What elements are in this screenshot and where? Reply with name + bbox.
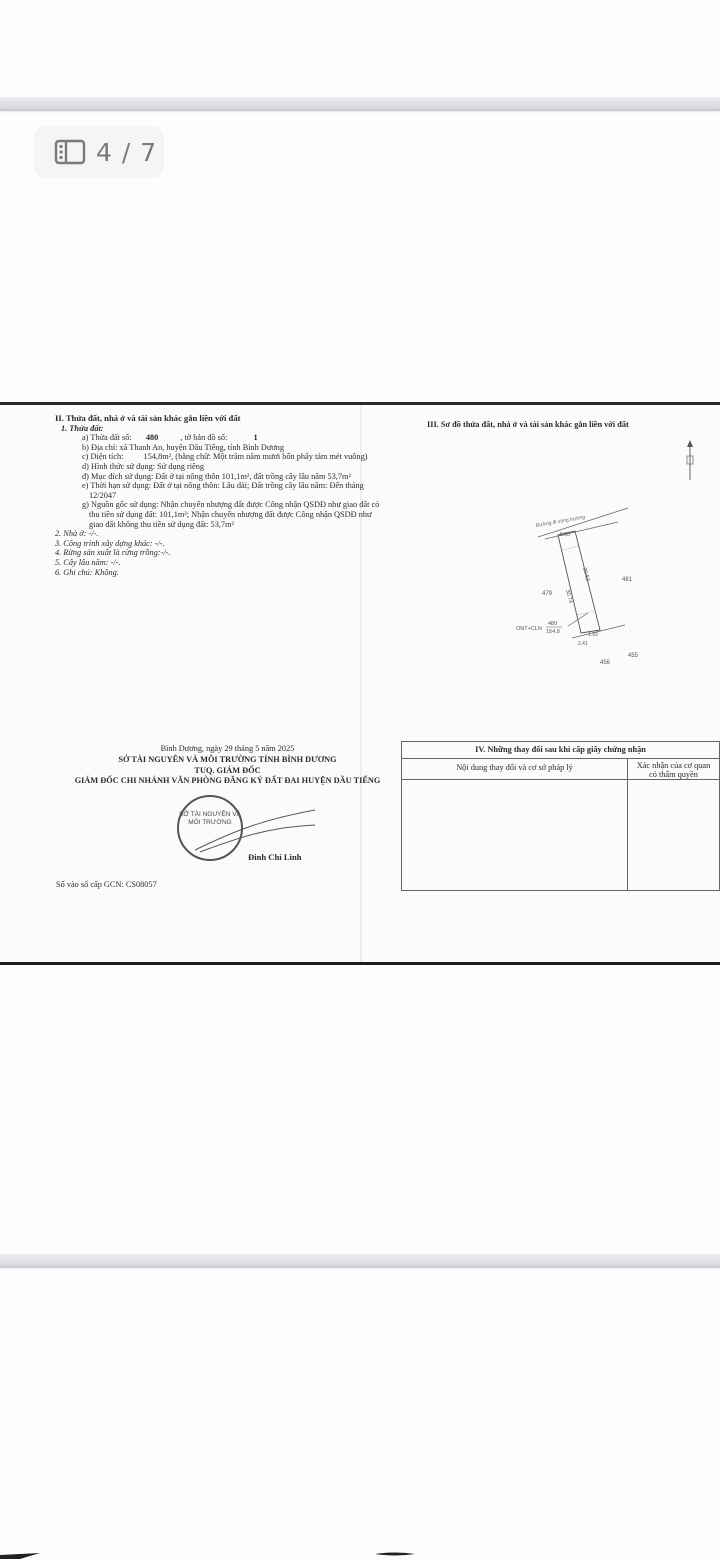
parcel-diagram: Đường đi vòng trường 5.00 30.74 30.52 47…: [480, 490, 720, 690]
svg-text:481: 481: [622, 577, 633, 583]
gcn-register-number: Số vào sổ cấp GCN: CS08057: [56, 880, 157, 889]
svg-text:480: 480: [548, 621, 557, 627]
sidebar-panel-icon: [54, 139, 86, 165]
svg-text:455: 455: [628, 653, 639, 659]
handwritten-signature: [190, 805, 320, 855]
page-divider-top: [0, 97, 720, 111]
perennial-item: 5. Cây lâu năm: -/-.: [55, 558, 395, 568]
issue-date: Bình Dương, ngày 29 tháng 5 năm 2025: [55, 744, 400, 755]
signer-position: GIÁM ĐỐC CHI NHÁNH VĂN PHÒNG ĐĂNG KÝ ĐẤT…: [55, 776, 400, 787]
parcel-number-line: a) Thửa đất số: 480 , tờ bản đồ số: 1: [55, 433, 395, 443]
usage-purpose-line: đ) Mục đích sử dụng: Đất ở tại nông thôn…: [55, 472, 395, 482]
svg-text:456: 456: [600, 660, 611, 666]
usage-term-line: e) Thời hạn sử dụng: Đất ở tại nông thôn…: [55, 481, 395, 491]
usage-form-line: d) Hình thức sử dụng: Sử dụng riêng: [55, 462, 395, 472]
house-item: 2. Nhà ở: -/-.: [55, 529, 395, 539]
origin-line: g) Nguồn gốc sử dụng: Nhận chuyển nhượng…: [55, 500, 395, 510]
construction-item: 3. Công trình xây dựng khác: -/-.: [55, 539, 395, 549]
signature-block: Bình Dương, ngày 29 tháng 5 năm 2025 SỞ …: [55, 744, 400, 787]
forest-item: 4. Rừng sản xuất là rừng trồng:-/-.: [55, 548, 395, 558]
changes-confirmation-column: Xác nhận của cơ quan có thẩm quyền: [628, 759, 719, 891]
svg-text:2.41: 2.41: [578, 641, 588, 647]
svg-text:154.8: 154.8: [546, 629, 560, 635]
changes-table: IV. Những thay đổi sau khi cấp giấy chứn…: [401, 741, 720, 891]
north-arrow-icon: [684, 440, 696, 480]
signer-name: Đinh Chí Linh: [248, 852, 302, 862]
section4-title: IV. Những thay đổi sau khi cấp giấy chứn…: [402, 742, 719, 759]
svg-text:Đường đi vòng trường: Đường đi vòng trường: [535, 514, 585, 529]
svg-text:479: 479: [542, 591, 553, 597]
svg-text:ONT+CLN: ONT+CLN: [516, 626, 542, 632]
svg-text:1.93: 1.93: [588, 632, 598, 638]
address-line: b) Địa chỉ: xã Thanh An, huyện Dầu Tiếng…: [55, 443, 395, 453]
page-indicator[interactable]: 4 / 7: [34, 126, 164, 178]
page-counter: 4 / 7: [96, 138, 157, 167]
authorization: TUQ. GIÁM ĐỐC: [55, 766, 400, 777]
note-item: 6. Ghi chú: Không.: [55, 568, 395, 578]
area-line: c) Diện tích: 154,8m², (bằng chữ: Một tr…: [55, 452, 395, 462]
section-land-info: II. Thửa đất, nhà ở và tài sản khác gắn …: [55, 414, 395, 577]
svg-text:30.74: 30.74: [564, 589, 573, 604]
issuing-org: SỞ TÀI NGUYÊN VÀ MÔI TRƯỜNG TỈNH BÌNH DƯ…: [55, 755, 400, 766]
next-page-edge: [0, 1545, 720, 1560]
document-edge-bottom: [0, 962, 720, 965]
parcel-number: 480: [146, 433, 158, 442]
svg-text:30.52: 30.52: [581, 567, 590, 582]
changes-content-column: Nội dung thay đổi và cơ sở pháp lý: [402, 759, 628, 891]
section3-title: III. Sơ đồ thửa đất, nhà ở và tài sản kh…: [427, 420, 629, 429]
svg-text:5.00: 5.00: [560, 532, 570, 538]
section2-title: II. Thửa đất, nhà ở và tài sản khác gắn …: [55, 414, 395, 424]
map-sheet-number: 1: [253, 433, 257, 442]
page-divider-bottom: [0, 1254, 720, 1268]
sub1-title: 1. Thửa đất:: [55, 424, 395, 434]
